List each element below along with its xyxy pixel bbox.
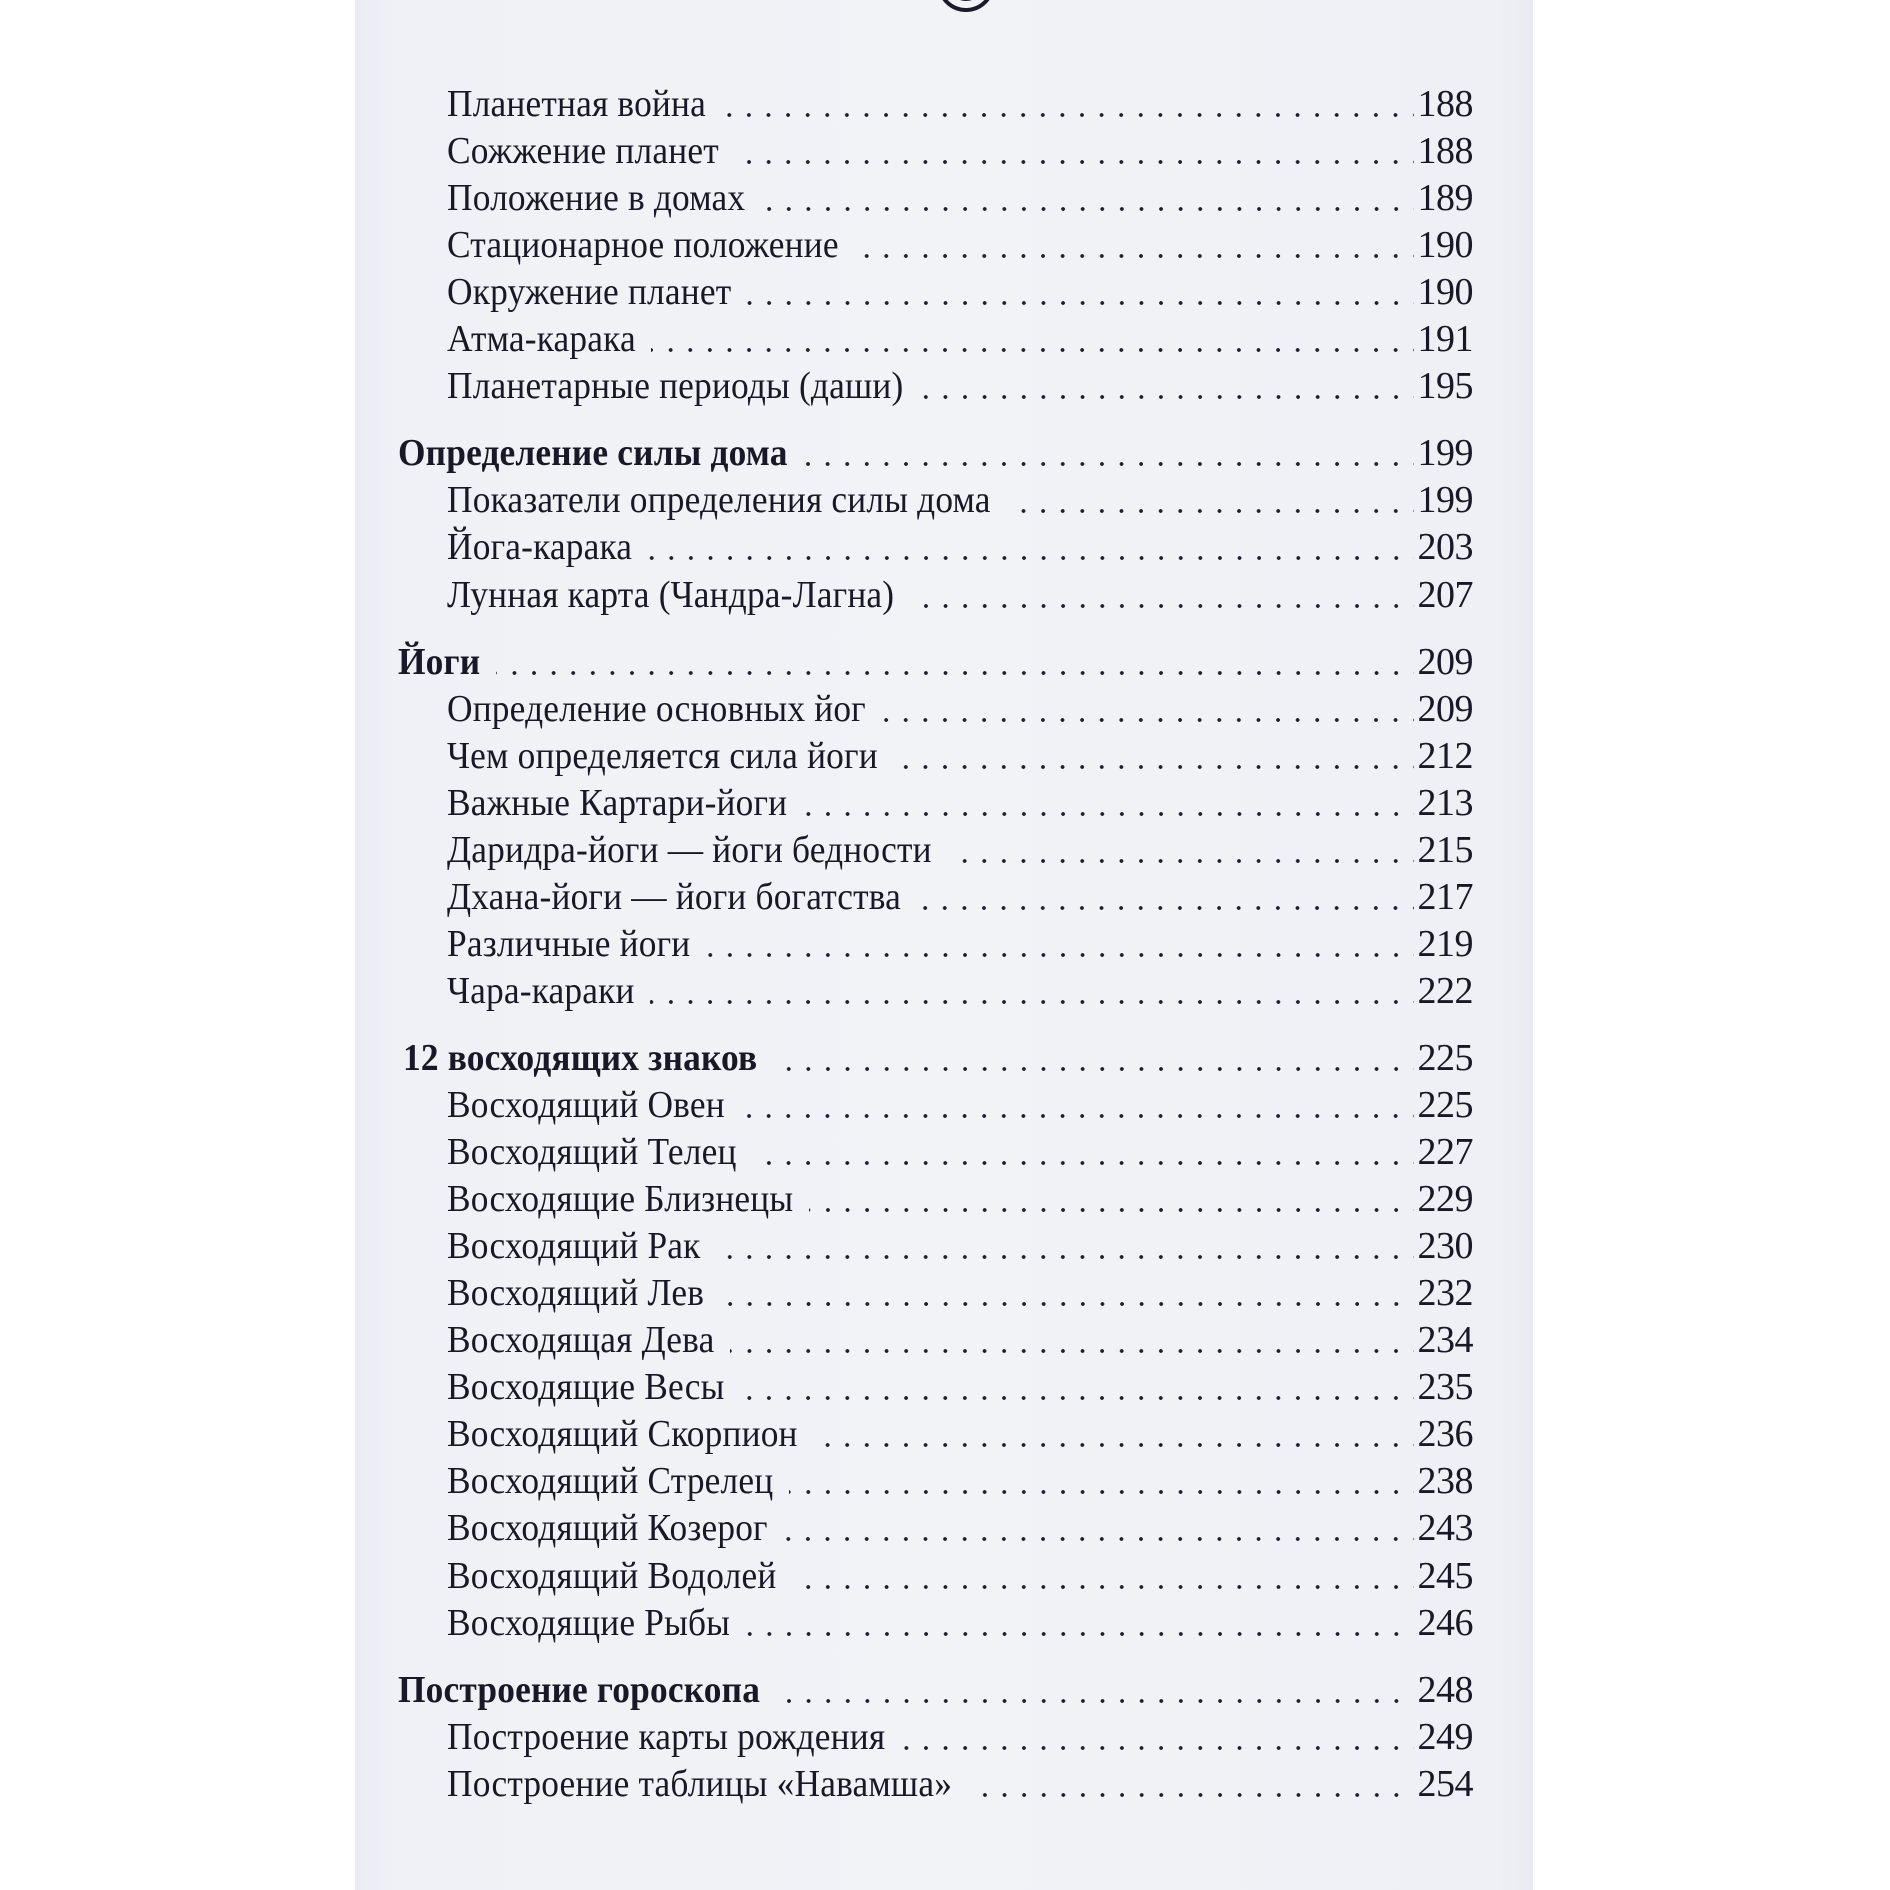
toc-entry-page-number: 227 [1418,1129,1474,1176]
toc-entry[interactable]: Восходящие Рыбы246 [447,1600,1473,1647]
toc-entry[interactable]: Восходящий Водолей245 [447,1553,1473,1600]
toc-entry[interactable]: Восходящий Овен225 [447,1082,1473,1129]
dot-leader [721,81,1413,128]
toc-entry-title: Восходящий Стрелец [447,1458,765,1505]
dot-leader [789,1458,1414,1505]
toc-entry-page-number: 207 [1418,572,1474,619]
toc-entry-page-number: 236 [1418,1411,1474,1458]
toc-entry[interactable]: Восходящий Телец227 [447,1129,1473,1176]
dot-leader [650,968,1413,1015]
toc-entry[interactable]: Восходящий Лев232 [447,1270,1473,1317]
toc-entry-title: Восходящая Дева [447,1317,710,1364]
toc-entry-page-number: 190 [1418,269,1474,316]
toc-entry-page-number: 217 [1418,874,1474,921]
toc-entry[interactable]: Положение в домах189 [447,175,1473,222]
toc-entry-title: Различные йоги [447,921,688,968]
toc-entry-title: Восходящий Водолей [447,1553,768,1600]
dot-leader [910,572,1414,619]
toc-entry-title: Атма-карака [447,316,637,363]
toc-entry[interactable]: Восходящий Рак230 [447,1223,1473,1270]
toc-entry-page-number: 225 [1418,1082,1474,1129]
toc-entry-page-number: 188 [1418,128,1474,175]
toc-entry-page-number: 246 [1418,1600,1474,1647]
toc-entry-title: Восходящий Козерог [447,1505,760,1552]
toc-entry-page-number: 203 [1418,524,1474,571]
toc-entry-page-number: 188 [1418,81,1474,128]
toc-entry[interactable]: Построение таблицы «Навамша»254 [447,1761,1473,1808]
toc-entry[interactable]: Даридра-йоги — йоги бедности215 [447,827,1473,874]
toc-entry-page-number: 245 [1418,1553,1474,1600]
toc-entry-title: Определение основных йог [447,686,851,733]
dot-leader [854,222,1413,269]
toc-entry-title: Восходящий Скорпион [447,1411,787,1458]
toc-entry-title: Стационарное положение [447,222,826,269]
toc-entry[interactable]: Различные йоги219 [447,921,1473,968]
toc-entry-title: Построение карты рождения [447,1714,869,1761]
toc-entry[interactable]: Чара-караки222 [447,968,1473,1015]
toc-entry-title: Восходящий Рак [447,1223,697,1270]
book-page: Планетная война188Сожжение планет188Поло… [355,0,1533,1890]
toc-heading[interactable]: Йоги209 [398,639,1473,686]
toc-heading[interactable]: Построение гороскопа248 [398,1667,1473,1714]
dot-leader [803,430,1413,477]
toc-entry-page-number: 209 [1418,686,1474,733]
toc-entry-title: Чем определяется сила йоги [447,733,862,780]
toc-entry-page-number: 238 [1418,1458,1474,1505]
dot-leader [496,639,1414,686]
dot-leader [648,524,1414,571]
toc-entry-title: Восходящие Рыбы [447,1600,725,1647]
toc-entry-page-number: 199 [1418,477,1474,524]
dot-leader [809,1176,1414,1223]
dot-leader [881,686,1413,733]
toc-entry[interactable]: Восходящий Скорпион236 [447,1411,1473,1458]
toc-entry-title: Положение в домах [447,175,739,222]
toc-entry-title: Восходящий Телец [447,1129,731,1176]
dot-leader [651,316,1413,363]
dot-leader [761,175,1414,222]
toc-entry-title: Построение гороскопа [398,1667,749,1714]
concentric-circles-ornament-icon [937,0,995,12]
dot-leader [901,1714,1414,1761]
toc-entry[interactable]: Восходящий Козерог243 [447,1505,1473,1552]
toc-entry[interactable]: Восходящая Дева234 [447,1317,1473,1364]
toc-entry[interactable]: Чем определяется сила йоги212 [447,733,1473,780]
toc-entry[interactable]: Сожжение планет188 [447,128,1473,175]
dot-leader [792,1553,1414,1600]
toc-entry-page-number: 249 [1418,1714,1474,1761]
toc-entry[interactable]: Восходящие Весы235 [447,1364,1473,1411]
toc-entry-title: Показатели определения силы дома [447,477,967,524]
toc-entry-title: Даридра-йоги — йоги бедности [447,827,912,874]
toc-entry-title: Лунная карта (Чандра-Лагна) [447,572,877,619]
dot-leader [747,269,1414,316]
toc-entry[interactable]: Планетная война188 [447,81,1473,128]
toc-entry-title: Йога-карака [447,524,634,571]
toc-entry[interactable]: Построение карты рождения249 [447,1714,1473,1761]
dot-leader [893,733,1413,780]
toc-entry-title: Чара-караки [447,968,636,1015]
toc-entry-title: Восходящий Овен [447,1082,720,1129]
toc-entry-title: Сожжение планет [447,128,714,175]
toc-entry-title: Планетная война [447,81,702,128]
toc-entry-page-number: 219 [1418,921,1474,968]
toc-entry[interactable]: Важные Картари-йоги213 [447,780,1473,827]
toc-entry-title: Важные Картари-йоги [447,780,778,827]
dot-leader [919,363,1414,410]
toc-entry-title: Определение силы дома [398,430,775,477]
toc-entry[interactable]: Лунная карта (Чандра-Лагна)207 [447,572,1473,619]
toc-entry[interactable]: Определение основных йог209 [447,686,1473,733]
toc-entry-title: Дхана-йоги — йоги богатства [447,874,884,921]
toc-entry-page-number: 229 [1418,1176,1474,1223]
toc-entry-page-number: 254 [1418,1761,1474,1808]
toc-entry[interactable]: Атма-карака191 [447,316,1473,363]
toc-entry-title: Восходящие Близнецы [447,1176,783,1223]
dot-leader [752,1129,1414,1176]
toc-entry[interactable]: Окружение планет190 [447,269,1473,316]
toc-entry-page-number: 189 [1418,175,1474,222]
toc-entry-page-number: 213 [1418,780,1474,827]
toc-entry-page-number: 243 [1418,1505,1474,1552]
toc-entry-page-number: 191 [1418,316,1474,363]
toc-entry-title: Восходящие Весы [447,1364,719,1411]
toc-heading[interactable]: 12 восходящих знаков225 [403,1035,1473,1082]
toc-entry-page-number: 222 [1418,968,1474,1015]
dot-leader [783,1505,1413,1552]
toc-entry[interactable]: Планетарные периоды (даши)195 [447,363,1473,410]
dot-leader [730,1317,1414,1364]
toc-entry[interactable]: Восходящие Близнецы229 [447,1176,1473,1223]
toc-entry-page-number: 199 [1418,430,1474,477]
dot-leader [734,128,1413,175]
toc-entry-title: Построение таблицы «Навамша» [447,1761,931,1808]
dot-leader [1006,477,1413,524]
dot-leader [947,827,1413,874]
toc-entry[interactable]: Показатели определения силы дома199 [447,477,1473,524]
toc-entry-page-number: 248 [1418,1667,1474,1714]
toc-entry-page-number: 215 [1418,827,1474,874]
toc-entry-page-number: 195 [1418,363,1474,410]
toc-entry-page-number: 209 [1418,639,1474,686]
toc-entry-title: Окружение планет [447,269,726,316]
dot-leader [813,1411,1413,1458]
dot-leader [773,1035,1414,1082]
toc-entry[interactable]: Йога-карака203 [447,524,1473,571]
dot-leader [776,1667,1414,1714]
dot-leader [746,1600,1414,1647]
toc-entry-page-number: 212 [1418,733,1474,780]
dot-leader [916,874,1413,921]
dot-leader [716,1223,1414,1270]
dot-leader [740,1364,1414,1411]
toc-entry-page-number: 225 [1418,1035,1474,1082]
toc-entry-page-number: 230 [1418,1223,1474,1270]
toc-entry-page-number: 232 [1418,1270,1474,1317]
toc-entry-title: Йоги [398,639,489,686]
toc-entry-title: Планетарные периоды (даши) [447,363,886,410]
dot-leader [706,921,1414,968]
dot-leader [803,780,1414,827]
toc-entry-page-number: 235 [1418,1364,1474,1411]
toc-entry[interactable]: Стационарное положение190 [447,222,1473,269]
toc-heading[interactable]: Определение силы дома199 [398,430,1473,477]
toc-entry-page-number: 234 [1418,1317,1474,1364]
toc-entry-page-number: 190 [1418,222,1474,269]
toc-entry-title: Восходящий Лев [447,1270,700,1317]
dot-leader [740,1082,1413,1129]
dot-leader [968,1761,1414,1808]
toc-entry[interactable]: Восходящий Стрелец238 [447,1458,1473,1505]
dot-leader [720,1270,1414,1317]
toc-entry-title: 12 восходящих знаков [403,1035,747,1082]
toc-entry[interactable]: Дхана-йоги — йоги богатства217 [447,874,1473,921]
